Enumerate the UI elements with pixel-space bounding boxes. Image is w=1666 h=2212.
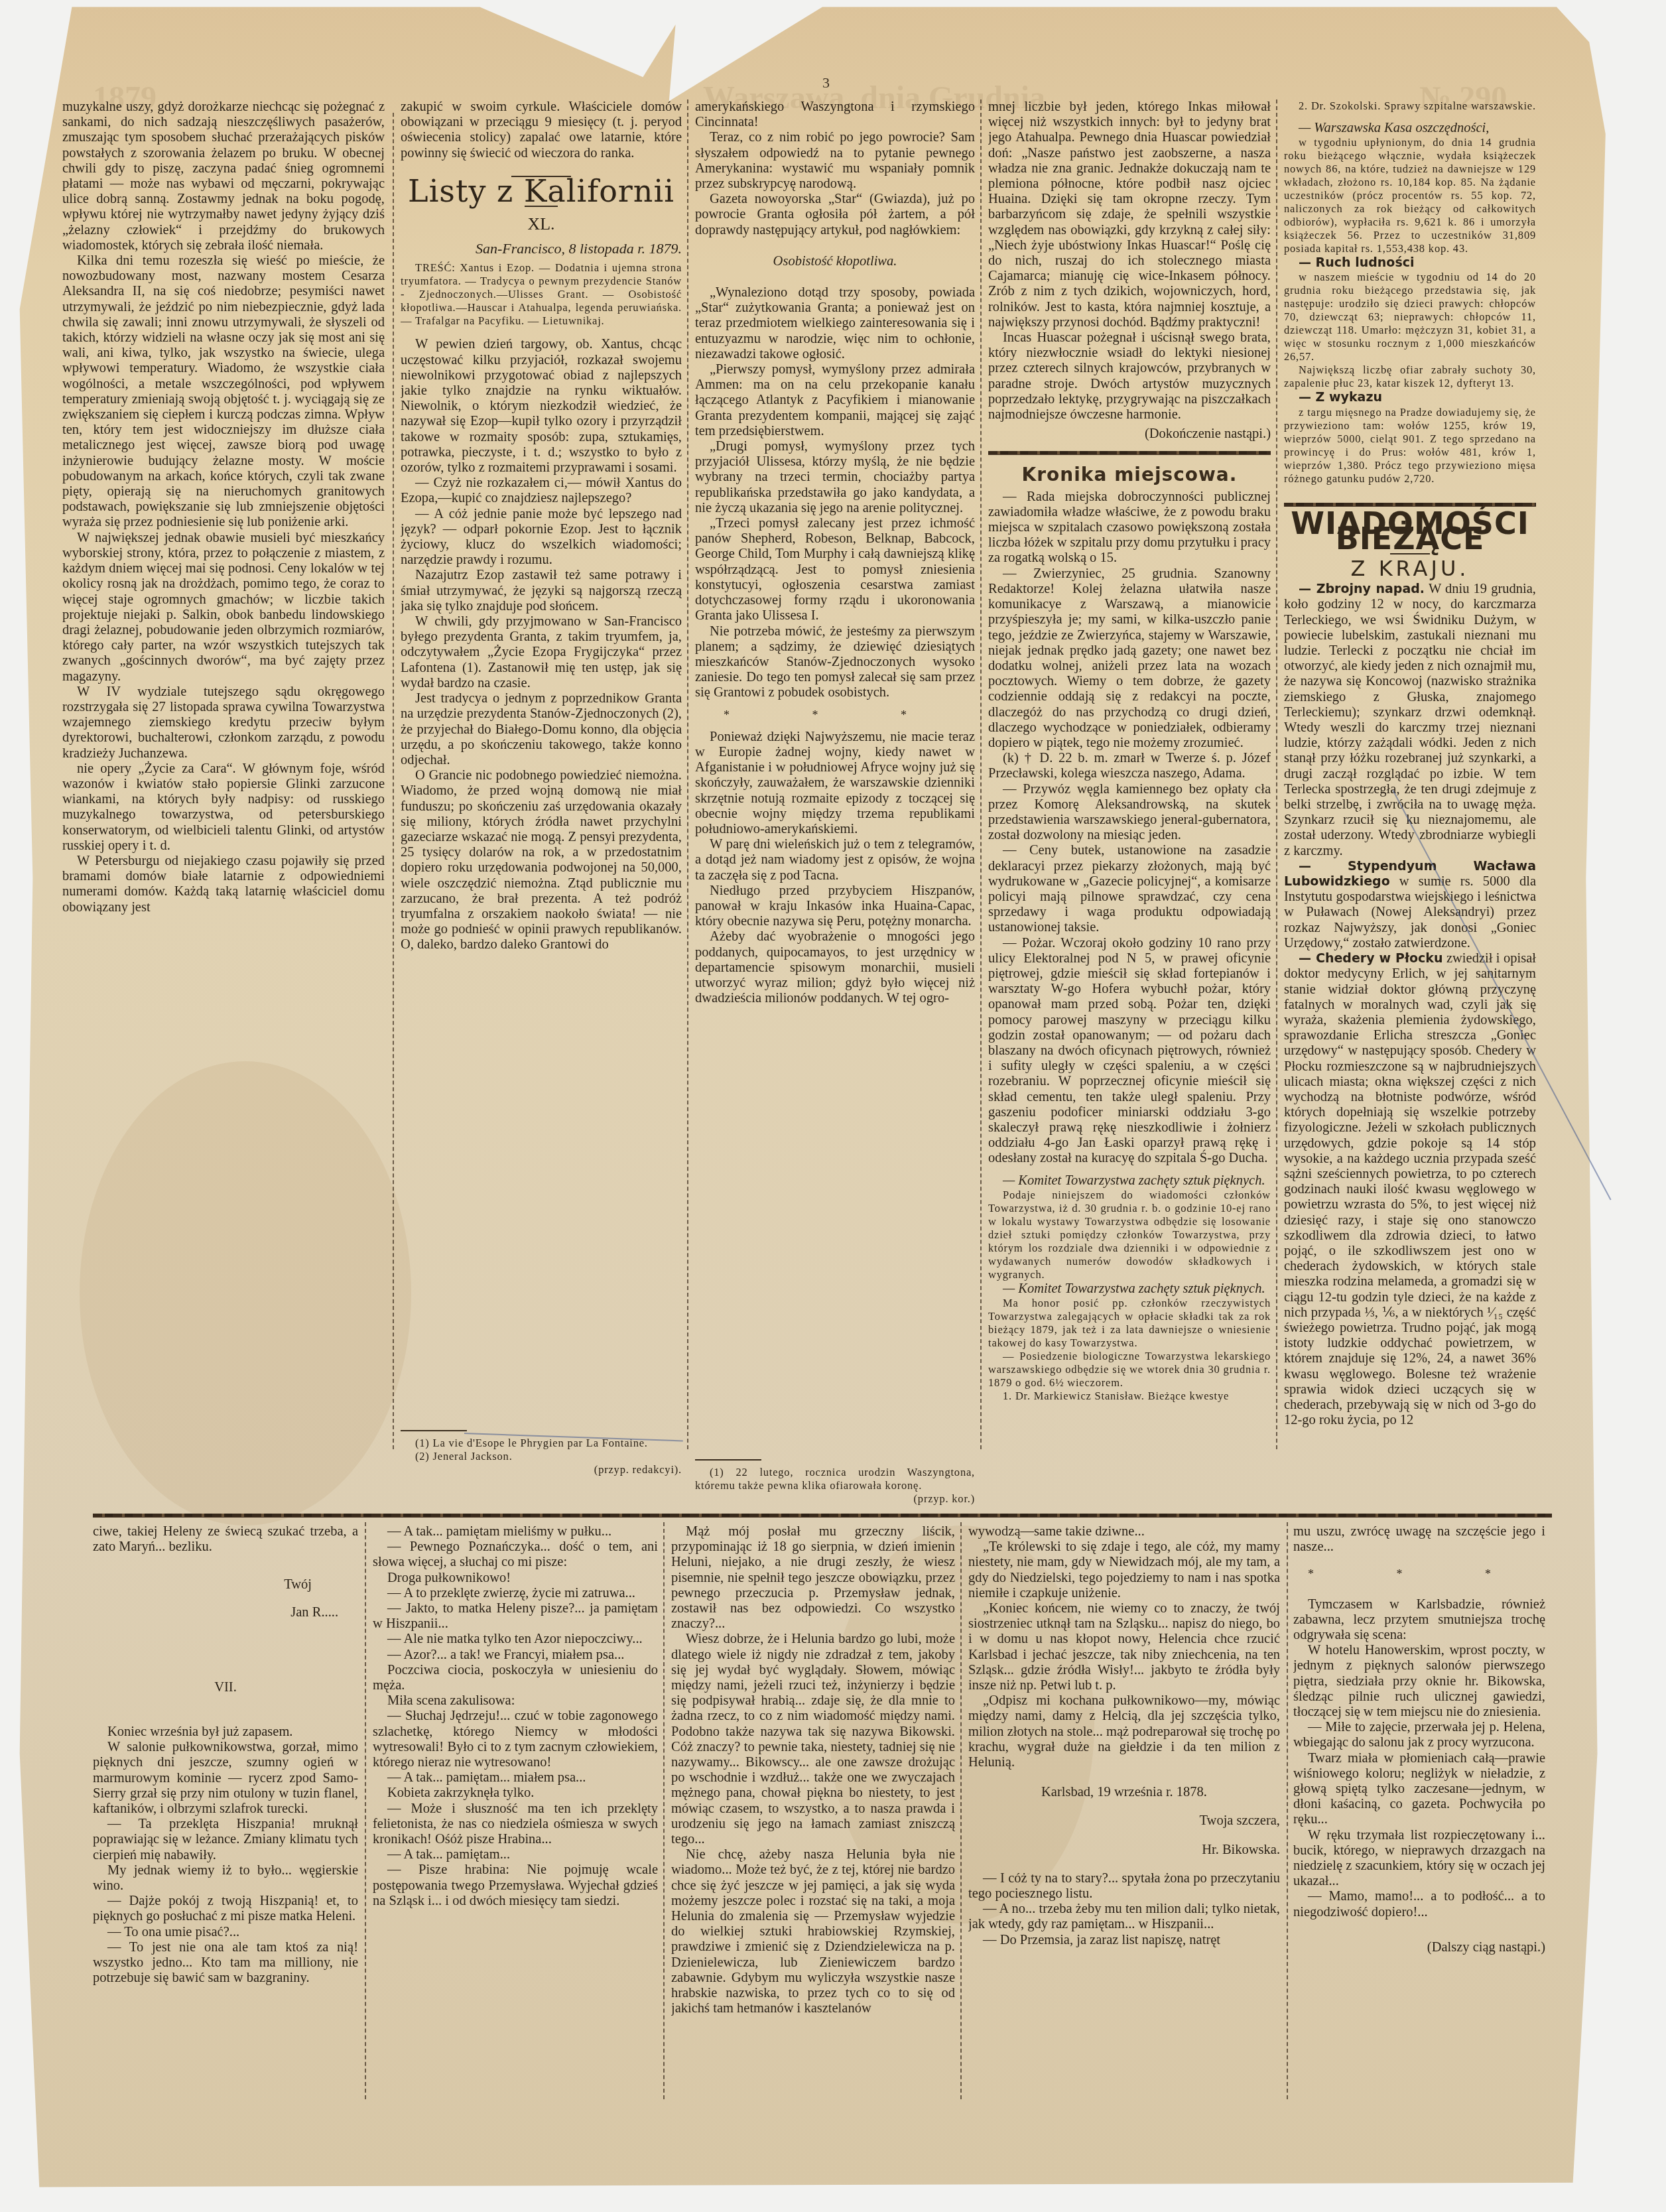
paragraph: — Może i słuszność ma ten ich przeklęty … — [373, 1801, 658, 1848]
letter-signature: Jan R..... — [93, 1605, 358, 1620]
letter-closing: Twój — [93, 1577, 358, 1593]
paragraph: — A tak... pamiętam... miałem psa... — [373, 1770, 658, 1786]
news-item: Ma honor posić pp. członków rzeczywistyc… — [988, 1297, 1271, 1350]
section-stars: * * * — [1293, 1567, 1545, 1582]
news-item: — Ceny butek, ustanowione na zasadzie de… — [988, 843, 1271, 935]
news-item-title: — Warszawska Kasa oszczędności, — [1284, 121, 1536, 136]
paragraph: — Pisze hrabina: Nie pojmuję wcale postę… — [373, 1862, 658, 1909]
paragraph: — Ta przeklęta Hiszpania! mruknął popraw… — [93, 1817, 358, 1863]
section-divider — [1284, 503, 1536, 507]
chapter-number: VII. — [93, 1680, 358, 1695]
article-summary: TREŚĆ: Xantus i Ezop. — Dodatnia i ujemn… — [401, 261, 682, 328]
paragraph: Gazeta nowoyorska „Star“ (Gwiazda), już … — [695, 192, 975, 238]
feuilleton-column-2: — A tak... pamiętam mieliśmy w pułku... … — [373, 1524, 658, 2108]
paragraph: amerykańskiego Waszyngtona i rzymskiego … — [695, 99, 975, 130]
news-item: — Rada miejska dobroczynności publicznej… — [988, 489, 1271, 566]
paragraph: — Jakto, to matka Heleny pisze?... ja pa… — [373, 1601, 658, 1632]
paragraph: Ponieważ dzięki Najwyższemu, nie macie t… — [695, 730, 975, 837]
news-item: — Przywóz węgla kamiennego bez opłaty cł… — [988, 782, 1271, 844]
agenda-item: 2. Dr. Szokolski. Sprawy szpitalne warsz… — [1284, 99, 1536, 113]
paragraph: — A tak... pamiętam mieliśmy w pułku... — [373, 1524, 658, 1539]
paragraph: — To jest nie ona ale tam ktoś za nią! w… — [93, 1940, 358, 1986]
paragraph: nie opery „Życie za Cara“. W głównym foj… — [62, 761, 385, 854]
paragraph: — Azor?... a tak! we Francyi, miałem psa… — [373, 1648, 658, 1663]
section-title-kronika: Kronika miejscowa. — [988, 467, 1271, 482]
paragraph: Teraz, co z nim robić po jego powrocie? … — [695, 130, 975, 192]
paragraph: W parę dni wieleńskich już o tem z teleg… — [695, 837, 975, 883]
column-rule — [663, 1522, 665, 2099]
paragraph: — A to przeklęte zwierzę, życie mi zatru… — [373, 1586, 658, 1601]
column-rule — [960, 1522, 962, 2099]
news-item-title: — Z wykazu — [1284, 390, 1536, 405]
news-item: — Posiedzenie biologiczne Towarzystwa le… — [988, 1350, 1271, 1390]
letter-closing: Twoja szczera, — [968, 1813, 1280, 1829]
agenda-item: 1. Dr. Markiewicz Stanisław. Bieżące kwe… — [988, 1390, 1271, 1403]
paragraph: Nie chcę, ażeby nasza Helunia była nie w… — [671, 1847, 955, 2016]
paragraph: Tymczasem w Karlsbadzie, również zabawna… — [1293, 1597, 1545, 1644]
column-rule — [1276, 99, 1277, 1449]
footnote: (1) 22 lutego, rocznica urodzin Waszyngt… — [695, 1466, 975, 1492]
news-lead: — Chedery w Płocku — [1299, 951, 1442, 966]
section-title-wiadomosci: WIADOMOŚCI BIEŻĄCE — [1284, 516, 1536, 547]
letter-signature: Hr. Bikowska. — [968, 1843, 1280, 1858]
feuilleton-column-3: Mąż mój posłał mu grzeczny liścik, przyp… — [671, 1524, 955, 2108]
paragraph: Ażeby dać wyobrażenie o mnogości jego po… — [695, 929, 975, 1006]
paragraph: W hotelu Hanowerskim, wprost poczty, w j… — [1293, 1643, 1545, 1720]
continued-note: (Dalszy ciąg nastąpi.) — [1293, 1940, 1545, 1955]
paragraph: Koniec września był już zapasem. — [93, 1724, 358, 1740]
paragraph: „Drugi pomysł, wymyślony przez tych przy… — [695, 439, 975, 516]
paragraph: ciwe, takiej Heleny ze świecą szukać trz… — [93, 1524, 358, 1555]
feuilleton-column-4: wywodzą—same takie dziwne... „Te królews… — [968, 1524, 1280, 2108]
paragraph: Incas Huascar pożegnał i uścisnął swego … — [988, 330, 1271, 423]
paragraph: W Petersburgu od niejakiego czasu pojawi… — [62, 854, 385, 915]
continued-note: (Dokończenie nastąpi.) — [988, 426, 1271, 442]
section-title-z-kraju: Z KRAJU. — [1284, 561, 1536, 576]
news-item-title: — Komitet Towarzystwa zachęty sztuk pięk… — [988, 1281, 1271, 1297]
article-title: Listy z Kalifornii — [401, 184, 682, 199]
paragraph: Wiesz dobrze, że i Helunia bardzo go lub… — [671, 1632, 955, 1847]
paragraph: My jednak wiemy iż to było... węgierskie… — [93, 1863, 358, 1894]
news-item: z targu mięsnego na Pradze dowiadujemy s… — [1284, 406, 1536, 486]
paragraph: „Trzeci pomysł zalecany jest przez ichmo… — [695, 516, 975, 623]
paragraph: — Do Przemsia, ja zaraz list napiszę, na… — [968, 1933, 1280, 1948]
paragraph: W IV wydziale tutejszego sądu okręgowego… — [62, 684, 385, 761]
paragraph: W chwili, gdy przyjmowano w San-Francisc… — [401, 614, 682, 691]
news-item-title: — Komitet Towarzystwa zachęty sztuk pięk… — [988, 1173, 1271, 1189]
paragraph: Poczciwa ciocia, poskoczyła w uniesieniu… — [373, 1663, 658, 1693]
paragraph: — To ona umie pisać?... — [93, 1925, 358, 1940]
news-item: — Zwierzyniec, 25 grudnia. Szanowny Reda… — [988, 566, 1271, 751]
news-item: Podaje niniejszem do wiadomości członków… — [988, 1189, 1271, 1281]
footnote-divider — [695, 1459, 761, 1461]
article-column-1: muzykalne uszy, gdyż dorożkarze niechcąc… — [62, 99, 385, 1575]
paragraph: „Pierwszy pomysł, wymyślony przez admira… — [695, 362, 975, 439]
paragraph: „Koniec końcem, nie wiemy co to znaczy, … — [968, 1601, 1280, 1693]
footnote-note: (przyp. kor.) — [695, 1492, 975, 1506]
paragraph: „Odpisz mi kochana pułkownikowo—my, mówi… — [968, 1693, 1280, 1770]
news-item: w naszem mieście w tygodniu od 14 do 20 … — [1284, 271, 1536, 363]
feuilleton-column-1: ciwe, takiej Heleny ze świecą szukać trz… — [93, 1524, 358, 2108]
article-column-5: 2. Dr. Szokolski. Sprawy szpitalne warsz… — [1284, 99, 1536, 1509]
paragraph: — Dajże pokój z twoją Hiszpanią! et, to … — [93, 1894, 358, 1924]
paragraph: Miła scena zakulisowa: — [373, 1693, 658, 1709]
column-rule — [365, 1522, 366, 2099]
paragraph: Droga pułkownikowo! — [373, 1571, 658, 1586]
paragraph: — Czyż nie rozkazałem ci,— mówił Xantus … — [401, 476, 682, 506]
column-rule — [687, 99, 688, 1449]
paragraph: — A cóż jednie panie może być lepszego n… — [401, 507, 682, 568]
paragraph: „Te królewski to się zdaje i tego, ale c… — [968, 1539, 1280, 1601]
paragraph: — Mamo, mamo!... a to podłość... a to ni… — [1293, 1889, 1545, 1919]
paragraph: W pewien dzień targowy, ob. Xantus, chcą… — [401, 337, 682, 476]
page-number: 3 — [822, 74, 830, 92]
paragraph: — Słuchaj Jędrzeju!... czuć w tobie zago… — [373, 1709, 658, 1770]
article-column-4: mnej liczbie był jeden, którego Inkas mi… — [988, 99, 1271, 1506]
news-item: w tygodniu upłynionym, do dnia 14 grudni… — [1284, 136, 1536, 255]
paragraph: Kobieta zakrzyknęła tylko. — [373, 1786, 658, 1801]
footnotes-col3: (1) 22 lutego, rocznica urodzin Waszyngt… — [695, 1454, 975, 1507]
paragraph: O Grancie nic podobnego powiedzieć niemo… — [401, 768, 682, 952]
paragraph: — A tak... pamiętam... — [373, 1847, 658, 1862]
column-rule — [980, 99, 982, 1449]
paragraph: Nazajutrz Ezop zastawił też same potrawy… — [401, 568, 682, 614]
section-stars: * * * — [695, 708, 975, 723]
news-item-title: — Ruch ludności — [1284, 255, 1536, 271]
paragraph: Kilka dni temu rozeszła się wieść po mie… — [62, 253, 385, 531]
paragraph: — Pewnego Poznańczyka... dość o tem, ani… — [373, 1539, 658, 1570]
paragraph: mnej liczbie był jeden, którego Inkas mi… — [988, 99, 1271, 330]
paragraph: Mąż mój posłał mu grzeczny liścik, przyp… — [671, 1524, 955, 1632]
feuilleton-divider — [93, 1514, 1552, 1518]
news-item: Największą liczbę ofiar zabrały suchoty … — [1284, 363, 1536, 390]
subtitle: Osobistość kłopotliwa. — [695, 254, 975, 269]
column-rule — [1287, 1522, 1288, 2099]
paragraph: — I cóż ty na to stary?... spytała żona … — [968, 1871, 1280, 1902]
article-column-2: zakupić w swoim cyrkule. Właściciele dom… — [401, 99, 682, 1506]
paragraph: — A no... trzeba żeby mu ten milion dali… — [968, 1902, 1280, 1932]
footnote-divider — [401, 1430, 467, 1431]
paragraph: — Ale nie matka tylko ten Azor niepoczci… — [373, 1632, 658, 1647]
footnote: (2) Jeneral Jackson. — [401, 1450, 682, 1463]
letter-dateline: Karlsbad, 19 września r. 1878. — [968, 1785, 1280, 1800]
paragraph: muzykalne uszy, gdyż dorożkarze niechcąc… — [62, 99, 385, 253]
paragraph: W ręku trzymała list rozpieczętowany i..… — [1293, 1828, 1545, 1890]
paragraph: Niedługo przed przybyciem Hiszpanów, pan… — [695, 883, 975, 930]
paragraph: — Miłe to zajęcie, przerwała jej p. Hele… — [1293, 1720, 1545, 1750]
news-text: W dniu 19 grudnia, koło godziny 12 w noc… — [1284, 582, 1536, 858]
news-item: (k) † D. 22 b. m. zmarł w Twerze ś. p. J… — [988, 751, 1271, 781]
news-item: — Pożar. Wczoraj około godziny 10 rano p… — [988, 936, 1271, 1167]
news-text: zwiedził i opisał doktor medycyny Erlich… — [1284, 951, 1536, 1427]
paragraph: zakupić w swoim cyrkule. Właściciele dom… — [401, 99, 682, 161]
footnote-note: (przyp. redakcyi). — [401, 1463, 682, 1476]
feuilleton-column-5: mu uszu, zwrócę uwagę na szczęście jego … — [1293, 1524, 1545, 2108]
letter-number: XL. — [401, 216, 682, 231]
column-rule — [393, 113, 394, 1449]
news-lead: — Zbrojny napad. — [1299, 582, 1425, 596]
paragraph: Jest tradycya o jednym z poprzednikow Gr… — [401, 691, 682, 768]
paragraph: „Wynaleziono dotąd trzy sposoby, powiada… — [695, 285, 975, 362]
paragraph: wywodzą—same takie dziwne... — [968, 1524, 1280, 1539]
dateline: San-Francisco, 8 listopada r. 1879. — [401, 241, 682, 256]
paragraph: Nie potrzeba mówić, że jesteśmy za pierw… — [695, 624, 975, 701]
section-divider — [988, 451, 1271, 455]
article-column-3: amerykańskiego Waszyngtona i rzymskiego … — [695, 99, 975, 1453]
paragraph: W salonie pułkownikowstwa, gorzał, mimo … — [93, 1740, 358, 1817]
paragraph: mu uszu, zwrócę uwagę na szczęście jego … — [1293, 1524, 1545, 1555]
paragraph: W największej jednak obawie musieli być … — [62, 531, 385, 684]
paragraph: Twarz miała w płomieniach całą—prawie wi… — [1293, 1751, 1545, 1828]
